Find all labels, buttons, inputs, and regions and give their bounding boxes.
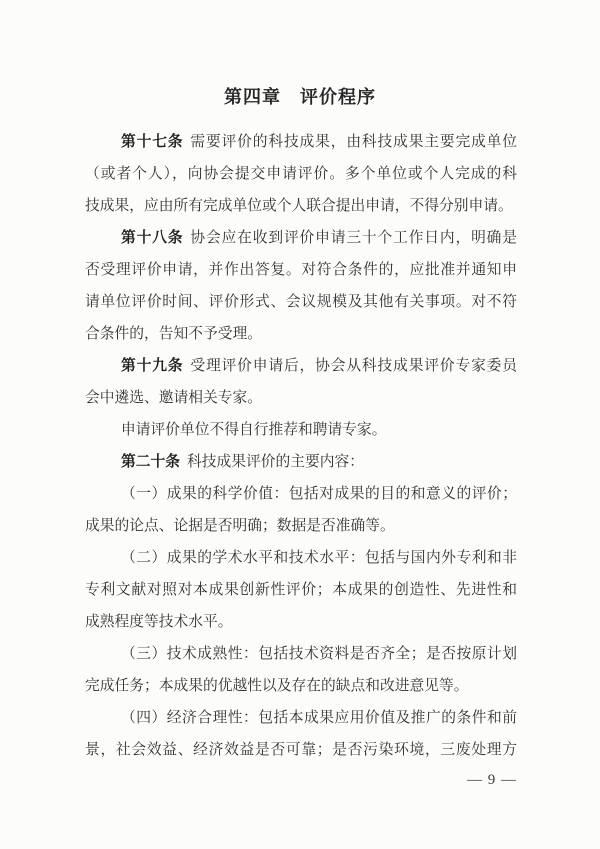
text-line: 专利文献对照对本成果创新性评价；本成果的创造性、先进性和 <box>85 574 517 606</box>
text-line: 否受理评价申请，并作出答复。对符合条件的，应批准并通知申 <box>85 254 517 286</box>
text-line: 请单位评价时间、评价形式、会议规模及其他有关事项。对不符 <box>85 286 517 318</box>
text-line: 成果的论点、论据是否明确；数据是否准确等。 <box>85 510 517 542</box>
article-number: 第二十条 <box>121 454 180 470</box>
article-number: 第十八条 <box>121 230 183 246</box>
text-line: 第十八条协会应在收到评价申请三十个工作日内，明确是 <box>85 222 517 254</box>
text-line: （一）成果的科学价值：包括对成果的目的和意义的评价； <box>85 478 517 510</box>
text-line: （二）成果的学术水平和技术水平：包括与国内外专利和非 <box>85 542 517 574</box>
chapter-heading: 第四章 评价程序 <box>0 83 600 109</box>
page-number: — 9 — <box>467 771 517 789</box>
article-number: 第十七条 <box>121 134 183 150</box>
text-line: 景，社会效益、经济效益是否可靠；是否污染环境，三废处理方 <box>85 734 517 766</box>
text-line: 技成果，应由所有完成单位或个人联合提出申请，不得分别申请。 <box>85 190 517 222</box>
text-line: 申请评价单位不得自行推荐和聘请专家。 <box>85 414 517 446</box>
text-line: 完成任务；本成果的优越性以及存在的缺点和改进意见等。 <box>85 670 517 702</box>
text-line: 合条件的，告知不予受理。 <box>85 318 517 350</box>
text-line: 会中遴选、邀请相关专家。 <box>85 382 517 414</box>
text-line: （或者个人），向协会提交申请评价。多个单位或个人完成的科 <box>85 158 517 190</box>
document-page: 第四章 评价程序 第十七条需要评价的科技成果，由科技成果主要完成单位（或者个人）… <box>0 0 600 849</box>
text-line: 第二十条科技成果评价的主要内容： <box>85 446 517 478</box>
text-line: （四）经济合理性：包括本成果应用价值及推广的条件和前 <box>85 702 517 734</box>
text-line: 第十九条受理评价申请后，协会从科技成果评价专家委员 <box>85 350 517 382</box>
text-line: 第十七条需要评价的科技成果，由科技成果主要完成单位 <box>85 126 517 158</box>
text-line: 成熟程度等技术水平。 <box>85 606 517 638</box>
text-line: （三）技术成熟性：包括技术资料是否齐全；是否按原计划 <box>85 638 517 670</box>
paragraphs: 第十七条需要评价的科技成果，由科技成果主要完成单位（或者个人），向协会提交申请评… <box>85 126 517 766</box>
article-number: 第十九条 <box>121 358 183 374</box>
